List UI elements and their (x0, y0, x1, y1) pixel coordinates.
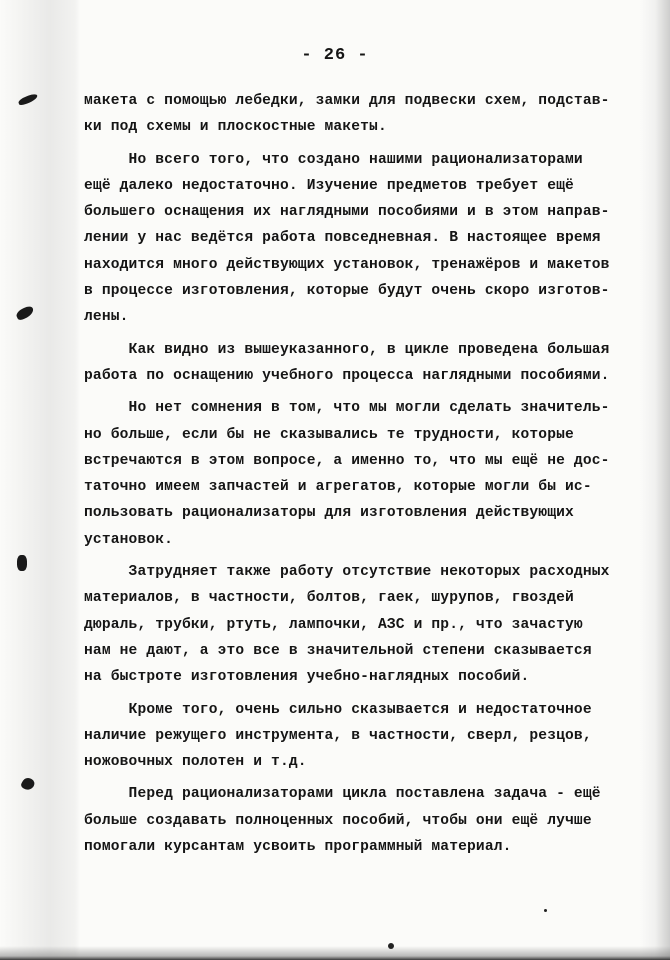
paragraph: Кроме того, очень сильно сказывается и н… (84, 697, 664, 776)
text-line: наличие режущего инструмента, в частност… (84, 723, 664, 749)
paragraph: Но всего того, что создано нашими рацион… (84, 147, 664, 331)
ink-speck (544, 909, 547, 912)
paragraph: Затрудняет также работу отсутствие некот… (84, 559, 664, 690)
text-line: встречаются в этом вопросе, а именно то,… (84, 448, 664, 474)
scan-shadow-bottom (0, 946, 670, 960)
paragraph: Перед рационализаторами цикла поставлена… (84, 781, 664, 860)
binding-hole-mark (17, 555, 27, 571)
text-line: пользовать рационализаторы для изготовле… (84, 500, 664, 526)
text-line: большего оснащения их наглядными пособия… (84, 199, 664, 225)
text-line: ки под схемы и плоскостные макеты. (84, 114, 664, 140)
text-line: дюраль, трубки, ртуть, лампочки, АЗС и п… (84, 612, 664, 638)
text-line: Кроме того, очень сильно сказывается и н… (84, 697, 664, 723)
text-line: установок. (84, 527, 664, 553)
text-line: находится много действующих установок, т… (84, 252, 664, 278)
text-line: в процессе изготовления, которые будут о… (84, 278, 664, 304)
text-line: макета с помощью лебедки, замки для подв… (84, 88, 664, 114)
text-line: Затрудняет также работу отсутствие некот… (84, 559, 664, 585)
text-line: ещё далеко недостаточно. Изучение предме… (84, 173, 664, 199)
text-line: нам не дают, а это все в значительной ст… (84, 638, 664, 664)
text-line: Но всего того, что создано нашими рацион… (84, 147, 664, 173)
text-line: ножовочных полотен и т.д. (84, 749, 664, 775)
text-line: материалов, в частности, болтов, гаек, ш… (84, 585, 664, 611)
text-line: работа по оснащению учебного процесса на… (84, 363, 664, 389)
text-line: лении у нас ведётся работа повседневная.… (84, 225, 664, 251)
text-line: лены. (84, 304, 664, 330)
text-line: Но нет сомнения в том, что мы могли сдел… (84, 395, 664, 421)
page-number: - 26 - (0, 46, 670, 65)
text-line: помогали курсантам усвоить программный м… (84, 834, 664, 860)
ink-speck (388, 943, 394, 949)
text-line: больше создавать полноценных пособий, чт… (84, 808, 664, 834)
document-body: макета с помощью лебедки, замки для подв… (84, 88, 664, 860)
paragraph: Как видно из вышеуказанного, в цикле про… (84, 337, 664, 390)
text-line: но больше, если бы не сказывались те тру… (84, 422, 664, 448)
text-line: на быстроте изготовления учебно-наглядны… (84, 664, 664, 690)
scan-shadow-left (0, 0, 80, 960)
text-line: Перед рационализаторами цикла поставлена… (84, 781, 664, 807)
paragraph: макета с помощью лебедки, замки для подв… (84, 88, 664, 141)
text-line: таточно имеем запчастей и агрегатов, кот… (84, 474, 664, 500)
paragraph: Но нет сомнения в том, что мы могли сдел… (84, 395, 664, 553)
text-line: Как видно из вышеуказанного, в цикле про… (84, 337, 664, 363)
